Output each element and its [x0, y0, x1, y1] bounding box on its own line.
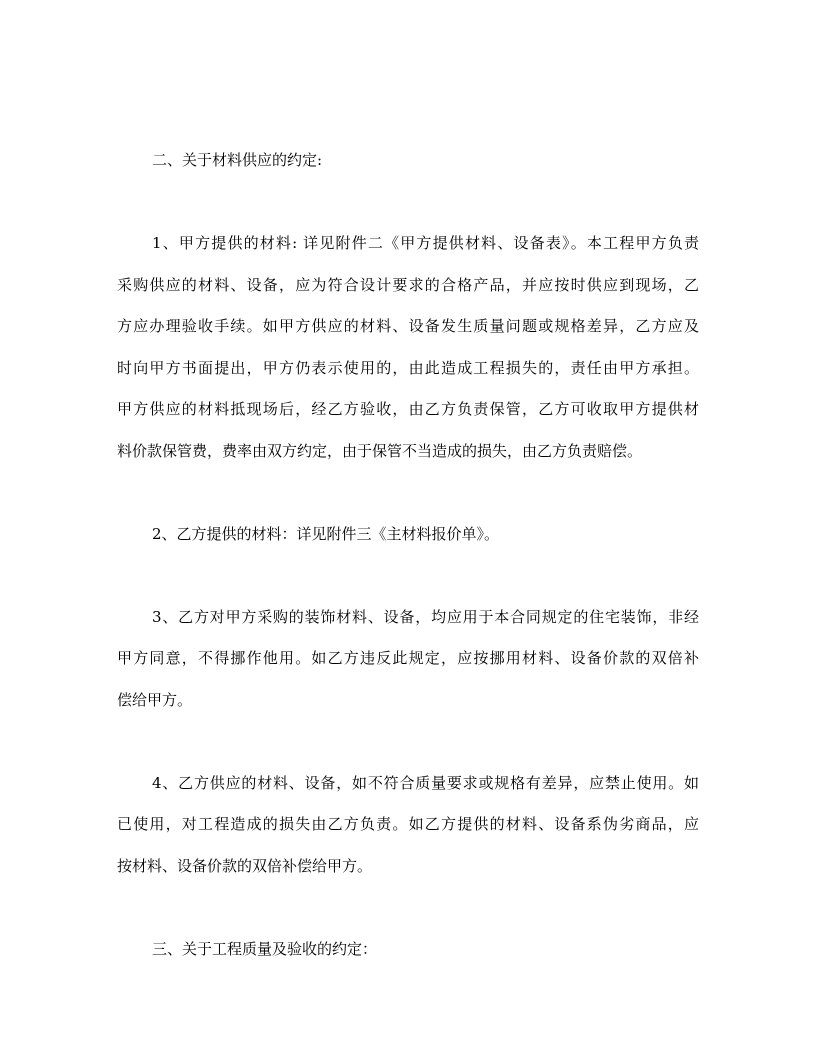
- heading-materials-supply: 二、关于材料供应的约定:: [117, 140, 699, 182]
- clause-1-line-1: 1、甲方提供的材料: 详见附件二《甲方提供材料、设备表》。本工程甲方负责: [117, 223, 699, 265]
- clause-4-paragraph: 4、乙方供应的材料、设备，如不符合质量要求或规格有差异，应禁止使用。如 已使用，…: [117, 763, 699, 888]
- clause-3-line-3: 偿给甲方。: [117, 680, 699, 722]
- clause-1-line-2: 采购供应的材料、设备，应为符合设计要求的合格产品，并应按时供应到现场，乙: [117, 265, 699, 307]
- document-content: 二、关于材料供应的约定: 1、甲方提供的材料: 详见附件二《甲方提供材料、设备表…: [117, 140, 699, 1012]
- clause-1-line-4: 时向甲方书面提出，甲方仍表示使用的，由此造成工程损失的，责任由甲方承担。: [117, 348, 699, 390]
- clause-3-paragraph: 3、乙方对甲方采购的装饰材料、设备，均应用于本合同规定的住宅装饰，非经 甲方同意…: [117, 597, 699, 722]
- clause-4-line-1: 4、乙方供应的材料、设备，如不符合质量要求或规格有差异，应禁止使用。如: [117, 763, 699, 805]
- clause-1-line-3: 方应办理验收手续。如甲方供应的材料、设备发生质量问题或规格差异，乙方应及: [117, 306, 699, 348]
- clause-2-line-1: 2、乙方提供的材料：详见附件三《主材料报价单》。: [117, 514, 699, 556]
- section-heading-materials: 二、关于材料供应的约定:: [117, 140, 699, 182]
- clause-2-paragraph: 2、乙方提供的材料：详见附件三《主材料报价单》。: [117, 514, 699, 556]
- heading-quality-acceptance: 三、关于工程质量及验收的约定：: [117, 929, 699, 971]
- clause-4-line-2: 已使用，对工程造成的损失由乙方负责。如乙方提供的材料、设备系伪劣商品，应: [117, 804, 699, 846]
- clause-1-paragraph: 1、甲方提供的材料: 详见附件二《甲方提供材料、设备表》。本工程甲方负责 采购供…: [117, 223, 699, 472]
- clause-1-line-5: 甲方供应的材料抵现场后，经乙方验收，由乙方负责保管，乙方可收取甲方提供材: [117, 389, 699, 431]
- section-heading-quality: 三、关于工程质量及验收的约定：: [117, 929, 699, 971]
- clause-1-line-6: 料价款保管费，费率由双方约定，由于保管不当造成的损失，由乙方负责赔偿。: [117, 431, 699, 473]
- clause-4-line-3: 按材料、设备价款的双倍补偿给甲方。: [117, 846, 699, 888]
- clause-3-line-1: 3、乙方对甲方采购的装饰材料、设备，均应用于本合同规定的住宅装饰，非经: [117, 597, 699, 639]
- clause-3-line-2: 甲方同意，不得挪作他用。如乙方违反此规定，应按挪用材料、设备价款的双倍补: [117, 638, 699, 680]
- document-page: 二、关于材料供应的约定: 1、甲方提供的材料: 详见附件二《甲方提供材料、设备表…: [0, 0, 816, 1056]
